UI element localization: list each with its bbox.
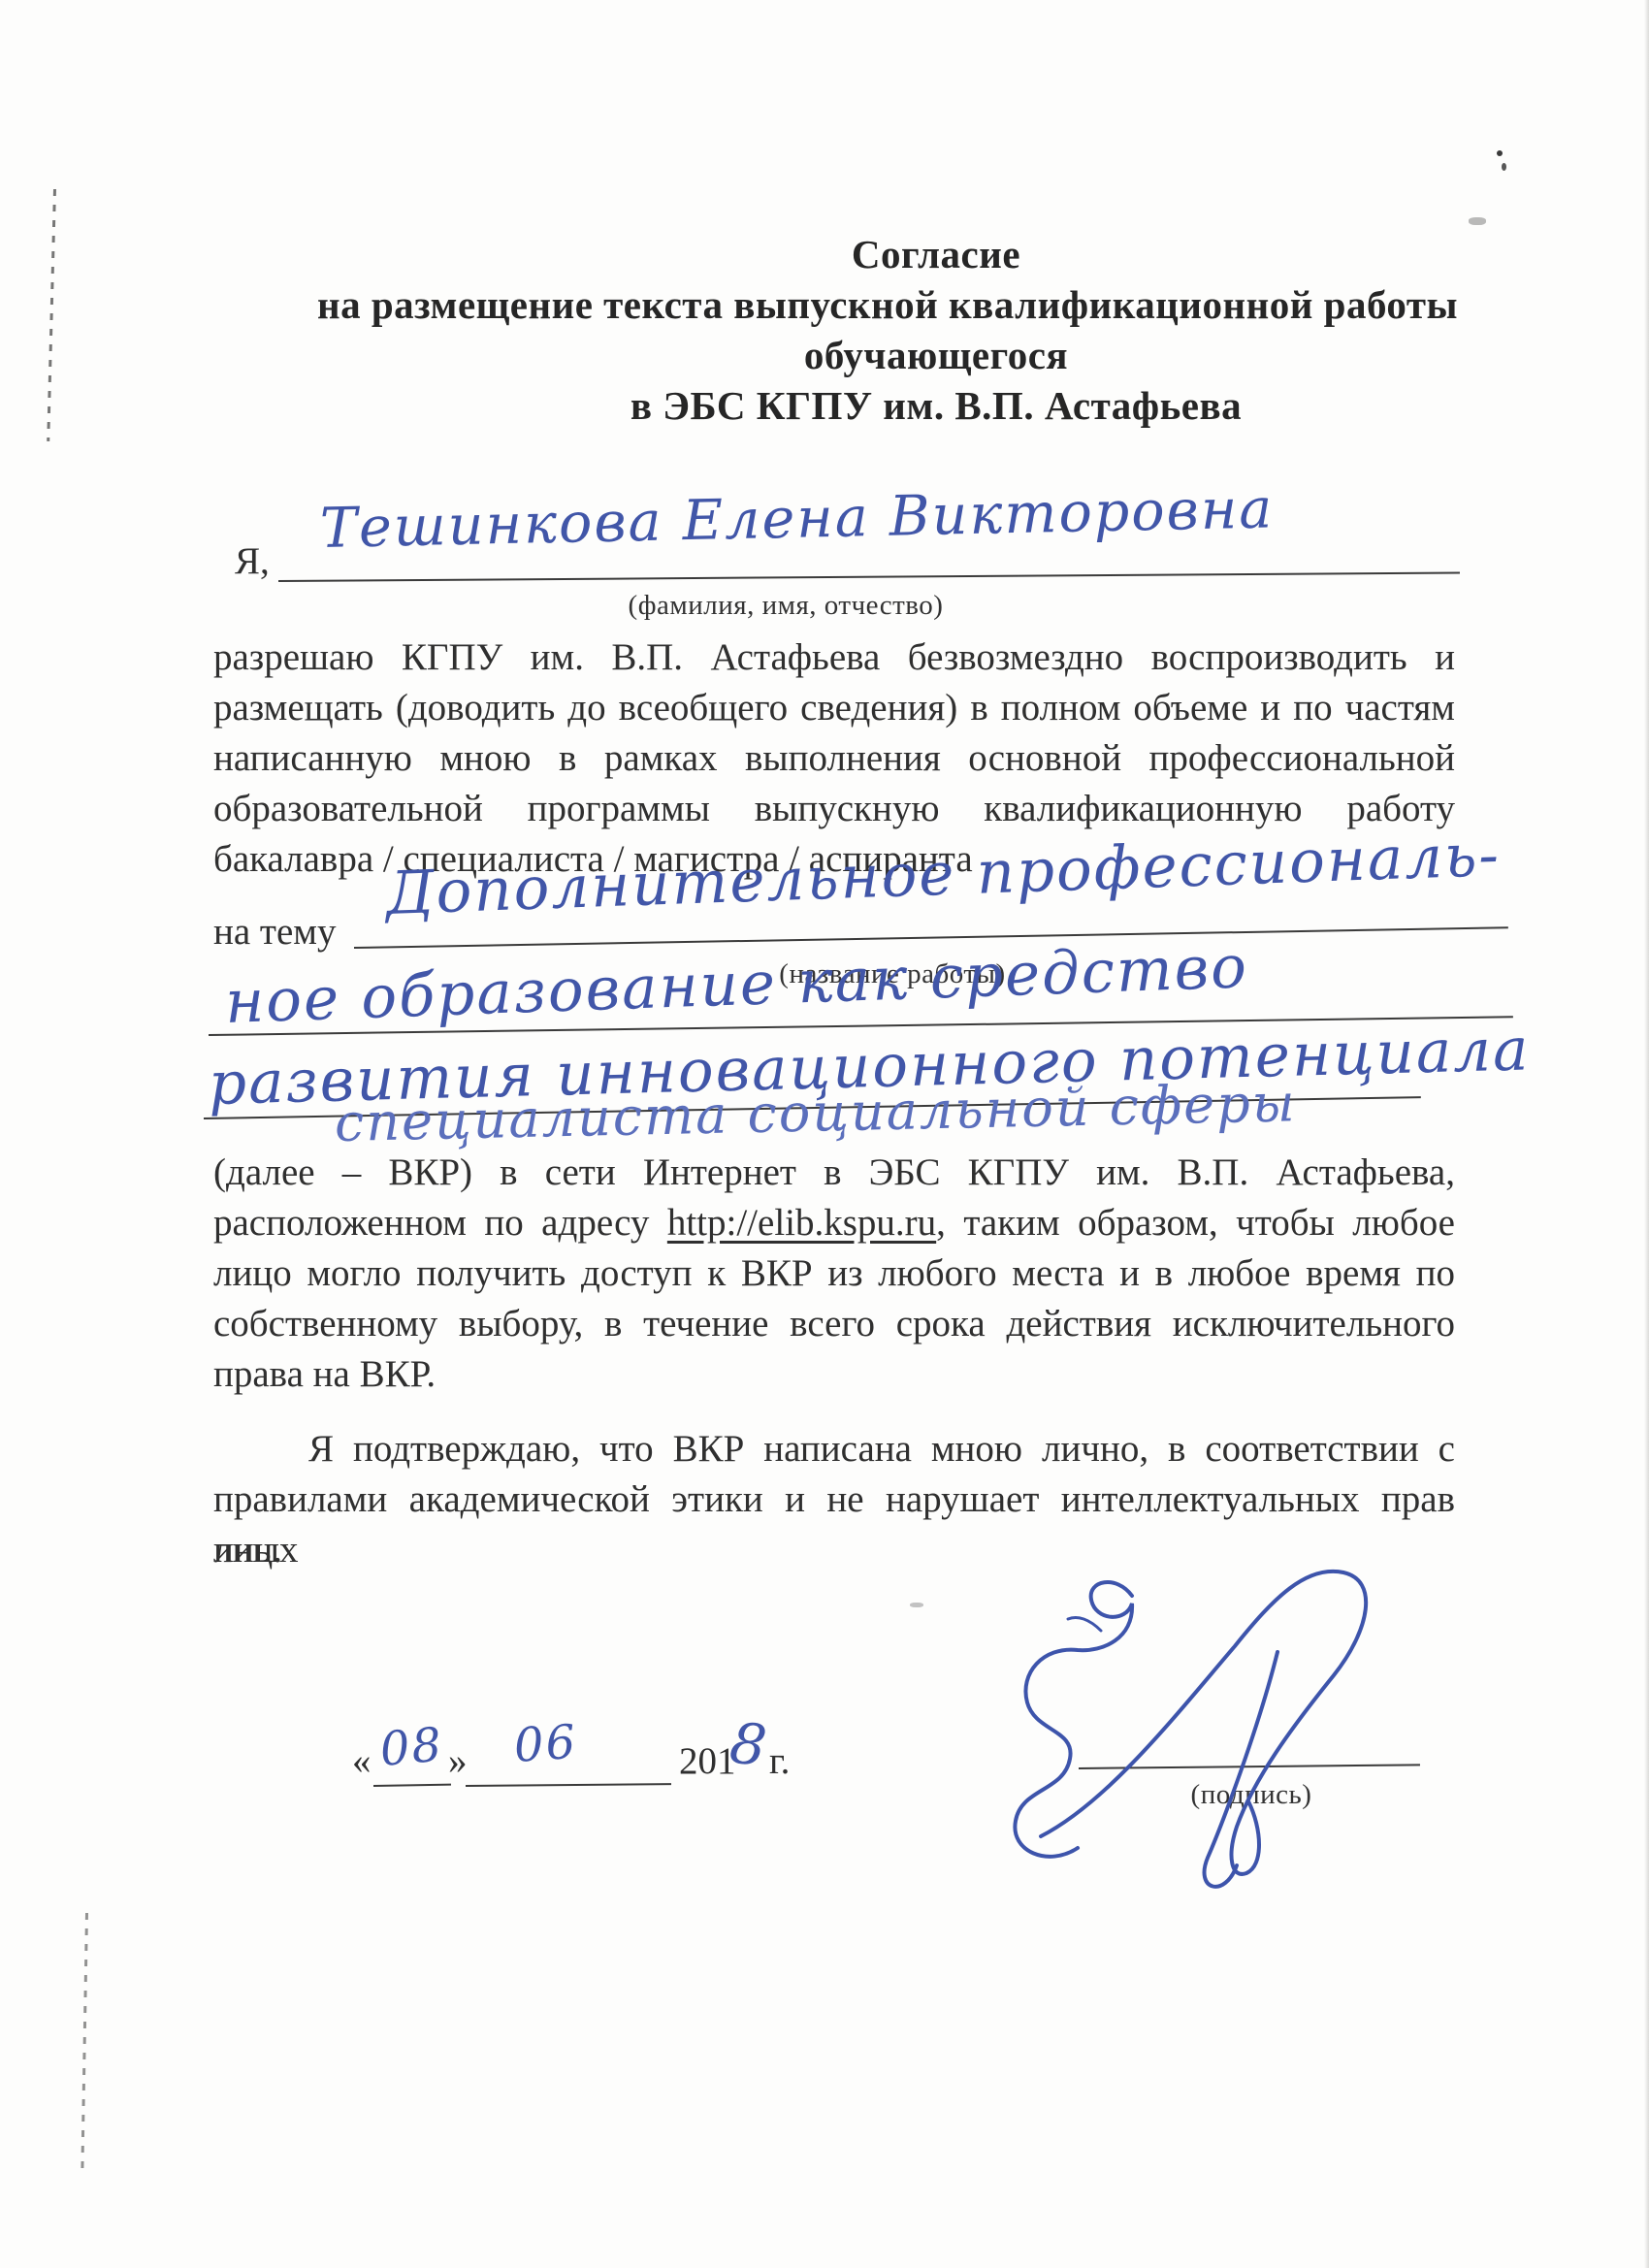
paragraph-line-pre: расположенном по адресу bbox=[213, 1202, 667, 1244]
topic-prefix: на тему bbox=[213, 910, 336, 954]
scan-edge-shadow bbox=[1644, 0, 1649, 2268]
paragraph-line: права на ВКР. bbox=[213, 1349, 1455, 1400]
document-title-line-4: в ЭБС КГПУ им. В.П. Астафьева bbox=[369, 382, 1503, 429]
paragraph-line: собственному выбору, в течение всего сро… bbox=[213, 1299, 1455, 1349]
date-open-quote: « bbox=[352, 1739, 372, 1783]
date-close-quote: » bbox=[448, 1739, 468, 1783]
signature-scribble bbox=[985, 1538, 1440, 1896]
document-title-line-1: Согласие bbox=[369, 231, 1503, 277]
date-year-suffix: г. bbox=[769, 1739, 790, 1783]
date-underline-day bbox=[373, 1784, 451, 1787]
name-prefix: Я, bbox=[235, 539, 270, 583]
paragraph-line: Я подтверждаю, что ВКР написана мною лич… bbox=[213, 1424, 1455, 1474]
paragraph-line: правилами академической этики и не наруш… bbox=[213, 1474, 1455, 1525]
scan-speck-4 bbox=[910, 1603, 923, 1607]
scan-speck-1 bbox=[1497, 150, 1503, 156]
scan-artifact-line-bottom-left bbox=[81, 1913, 88, 2170]
distribution-paragraph: (далее – ВКР) в сети Интернет в ЭБС КГПУ… bbox=[213, 1148, 1455, 1400]
name-underline bbox=[278, 571, 1460, 582]
paragraph-line: разрешаю КГПУ им. В.П. Астафьева безвозм… bbox=[213, 632, 1455, 683]
date-underline-month bbox=[466, 1783, 671, 1787]
handwritten-day: 08 bbox=[378, 1717, 446, 1776]
scanned-consent-document: Согласие на размещение текста выпускной … bbox=[0, 0, 1649, 2268]
document-title-line-2: на размещение текста выпускной квалифика… bbox=[291, 281, 1484, 328]
paragraph-line: написанную мною в рамках выполнения осно… bbox=[213, 733, 1455, 784]
scan-speck-3 bbox=[1469, 217, 1486, 225]
handwritten-full-name: Тешинкова Елена Викторовна bbox=[319, 476, 1275, 561]
handwritten-year-digit: 8 bbox=[727, 1709, 772, 1779]
paragraph-line: размещать (доводить до всеобщего сведени… bbox=[213, 683, 1455, 733]
scan-artifact-line-top-left bbox=[47, 189, 56, 441]
name-caption: (фамилия, имя, отчество) bbox=[495, 590, 1077, 622]
handwritten-month: 06 bbox=[512, 1715, 579, 1773]
document-title-line-3: обучающегося bbox=[369, 332, 1503, 378]
paragraph-line: образовательной программы выпускную квал… bbox=[213, 784, 1455, 834]
paragraph-line: расположенном по адресу http://elib.kspu… bbox=[213, 1198, 1455, 1248]
elib-url-text: http://elib.kspu.ru bbox=[667, 1202, 936, 1244]
paragraph-line: лицо могло получить доступ к ВКР из любо… bbox=[213, 1248, 1455, 1299]
paragraph-line: (далее – ВКР) в сети Интернет в ЭБС КГПУ… bbox=[213, 1148, 1455, 1198]
scan-speck-2 bbox=[1502, 163, 1506, 171]
paragraph-line-post: , таким образом, чтобы любое bbox=[936, 1202, 1455, 1244]
